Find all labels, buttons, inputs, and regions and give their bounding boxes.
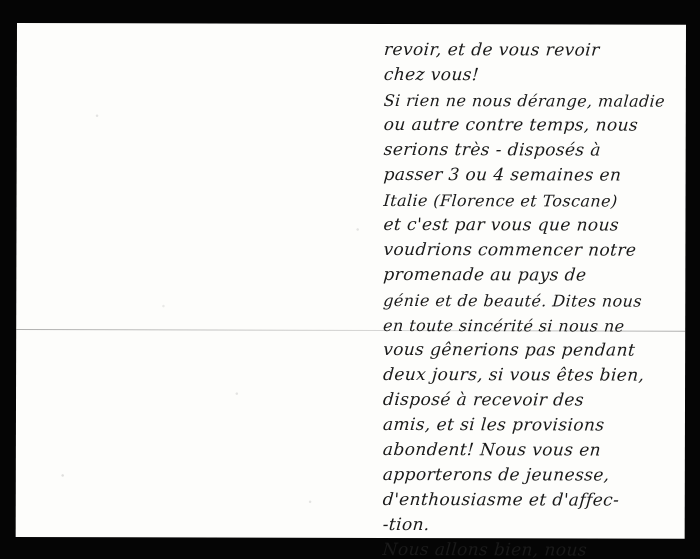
text-line: -tion. [382, 513, 684, 539]
text-line: serions très - disposés à [383, 138, 685, 164]
text-line: passer 3 ou 4 semaines en [383, 163, 685, 189]
letter-paper: revoir, et de vous revoir chez vous! Si … [16, 23, 686, 539]
text-line: chez vous! [383, 63, 685, 89]
text-line: d'enthousiasme et d'affec- [382, 488, 684, 514]
text-line: vous gênerions pas pendant [382, 338, 684, 364]
text-line: génie et de beauté. Dites nous [382, 288, 684, 314]
text-line: en toute sincérité si nous ne [382, 313, 684, 339]
text-line: Nous allons bien, nous [382, 538, 684, 559]
text-line: abondent! Nous vous en [382, 438, 684, 464]
text-line: promenade au pays de [382, 263, 684, 289]
text-line: deux jours, si vous êtes bien, [382, 363, 684, 389]
text-line: revoir, et de vous revoir [383, 38, 685, 64]
text-line: ou autre contre temps, nous [383, 113, 685, 139]
text-line: amis, et si les provisions [382, 413, 684, 439]
text-line: apporterons de jeunesse, [382, 463, 684, 489]
text-line: et c'est par vous que nous [383, 213, 685, 239]
scan-background: revoir, et de vous revoir chez vous! Si … [0, 0, 700, 559]
handwritten-text: revoir, et de vous revoir chez vous! Si … [383, 38, 684, 559]
text-line: voudrions commencer notre [382, 238, 684, 264]
text-line: Si rien ne nous dérange, maladie [383, 88, 685, 114]
text-line: disposé à recevoir des [382, 388, 684, 414]
text-line: Italie (Florence et Toscane) [383, 188, 685, 214]
